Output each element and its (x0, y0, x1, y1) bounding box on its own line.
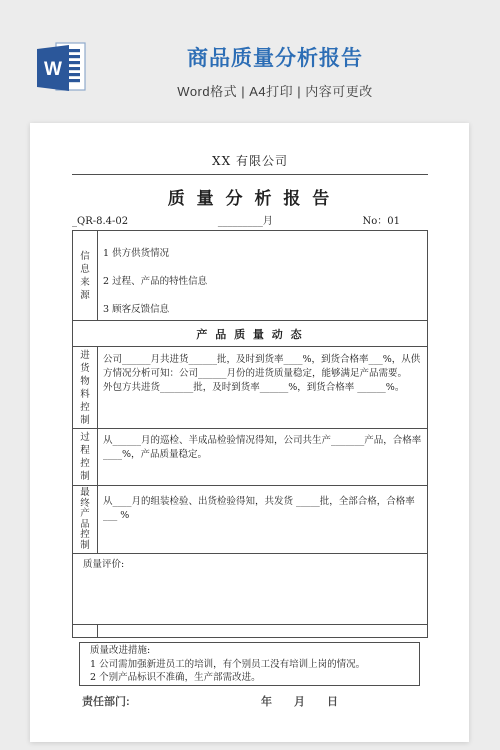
header: W 商品质量分析报告 Word格式 | A4打印 | 内容可更改 (0, 0, 500, 123)
info-source-content: 1 供方供货情况 2 过程、产品的特性信息 3 顾客反馈信息 4 不合格情况统计… (98, 231, 427, 320)
row-empty (73, 624, 427, 637)
report-meta-row: _QR-8.4-02 _________月 No：01 (72, 212, 428, 227)
incoming-label-cell: 进货物料控制 (73, 347, 98, 428)
info-source-label-cell: 信息来源 (73, 231, 98, 320)
incoming-content: 公司______月共进货______批，及时到货率____%，到货合格率___%… (98, 347, 427, 428)
process-label: 过程控制 (80, 431, 91, 483)
info-source-item: 3 顾客反馈信息 (103, 303, 422, 317)
page-title: 商品质量分析报告 (75, 42, 475, 72)
form-code: _QR-8.4-02 (72, 216, 128, 227)
incoming-label: 进货物料控制 (80, 349, 91, 427)
template-preview-page: W 商品质量分析报告 Word格式 | A4打印 | 内容可更改 XX 有限公司… (0, 0, 500, 750)
date-label: 年 月 日 (261, 693, 338, 709)
month-blank: _________月 (218, 212, 273, 227)
info-source-item: 1 供方供货情况 (103, 247, 422, 261)
row-final-product-control: 最终产品控制 从____月的组装检验、出货检验得知，共发货 _____批，全部合… (73, 485, 427, 553)
improvement-item: 2 个别产品标识不准确，生产部需改进。 (90, 671, 409, 685)
info-source-item: 2 过程、产品的特性信息 (103, 275, 422, 289)
row-incoming-control: 进货物料控制 公司______月共进货______批，及时到货率____%，到货… (73, 346, 427, 428)
final-label-cell: 最终产品控制 (73, 486, 98, 553)
report-title: 质 量 分 析 报 告 (72, 184, 428, 209)
report-table: 信息来源 1 供方供货情况 2 过程、产品的特性信息 3 顾客反馈信息 4 不合… (72, 230, 428, 638)
report-number: No：01 (363, 212, 429, 227)
dynamics-header: 产 品 质 量 动 态 (73, 326, 427, 342)
improvement-box: 质量改进措施: 1 公司需加强新进员工的培训，有个别员工没有培训上岗的情况。 2… (79, 642, 420, 686)
info-source-label: 信息来源 (80, 250, 91, 302)
improvement-item: 1 公司需加强新进员工的培训，有个别员工没有培训上岗的情况。 (90, 658, 409, 672)
evaluation-label: 质量评价: (73, 554, 427, 624)
company-name: XX 有限公司 (72, 152, 428, 175)
process-label-cell: 过程控制 (73, 429, 98, 485)
row-dynamics-header: 产 品 质 量 动 态 (73, 320, 427, 346)
final-content: 从____月的组装检验、出货检验得知，共发货 _____批，全部合格，合格率__… (98, 486, 427, 553)
row-quality-evaluation: 质量评价: (73, 553, 427, 624)
svg-text:W: W (44, 59, 62, 80)
process-content: 从______月的巡检、半成品检验情况得知，公司共生产_______产品，合格率… (98, 429, 427, 485)
page-subtitle: Word格式 | A4打印 | 内容可更改 (75, 81, 475, 100)
responsible-department-label: 责任部门: (72, 693, 130, 709)
empty-label-cell (73, 625, 98, 637)
row-info-source: 信息来源 1 供方供货情况 2 过程、产品的特性信息 3 顾客反馈信息 4 不合… (73, 231, 427, 320)
row-process-control: 过程控制 从______月的巡检、半成品检验情况得知，公司共生产_______产… (73, 428, 427, 485)
document-page: XX 有限公司 质 量 分 析 报 告 _QR-8.4-02 _________… (30, 123, 469, 742)
header-text: 商品质量分析报告 Word格式 | A4打印 | 内容可更改 (75, 42, 475, 100)
improvement-title: 质量改进措施: (90, 644, 409, 658)
document-body: XX 有限公司 质 量 分 析 报 告 _QR-8.4-02 _________… (30, 123, 469, 709)
signature-row: 责任部门: 年 月 日 (72, 693, 428, 709)
final-label: 最终产品控制 (80, 488, 91, 551)
empty-content (98, 625, 427, 637)
